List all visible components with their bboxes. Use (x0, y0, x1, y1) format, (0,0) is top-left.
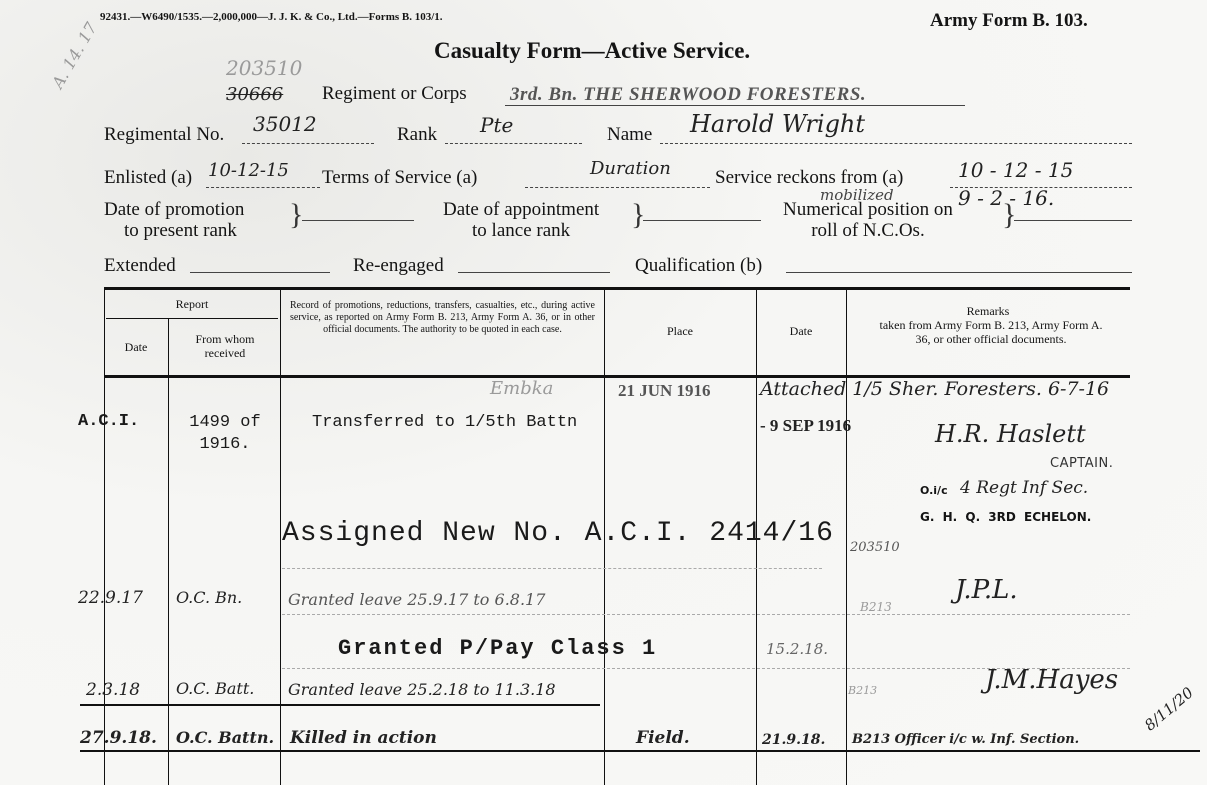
row3-from: O.C. Bn. (176, 588, 242, 607)
extended-label: Extended (104, 255, 176, 277)
promotion-label: Date of promotion to present rank (104, 199, 244, 241)
row1-date: A.C.I. (78, 412, 139, 431)
header-remarks-body: taken from Army Form B. 213, Army Form A… (876, 318, 1106, 346)
nco-label-line1: Numerical position on (783, 199, 953, 220)
service-reckons-value[interactable]: 10 - 12 - 15 (958, 158, 1073, 182)
row2-remarks: 203510 (850, 540, 900, 555)
row3-remarks: B213 (860, 600, 892, 614)
row6-date2: 21.9.18. (762, 732, 825, 748)
terms-label: Terms of Service (a) (322, 167, 477, 189)
row0-remarks: Attached 1/5 Sher. Foresters. 6-7-16 (760, 378, 1109, 400)
regimental-no-value[interactable]: 35012 (253, 112, 317, 136)
new-number-note: 203510 (226, 56, 302, 80)
regiment-value[interactable]: 3rd. Bn. THE SHERWOOD FORESTERS. (510, 84, 866, 106)
row4-date2: 15.2.18. (766, 640, 828, 658)
old-number-struck: 30666 (226, 84, 283, 105)
nco-label: Numerical position on roll of N.C.Os. (783, 199, 953, 241)
promotion-label-line2: to present rank (104, 220, 244, 241)
row6-date: 27.9.18. (80, 728, 157, 748)
regimental-no-label: Regimental No. (104, 124, 224, 146)
row1-record: Transferred to 1/5th Battn (312, 413, 577, 432)
row0-place: Embka (490, 378, 553, 399)
initials-3: 8/11/20 (1141, 684, 1197, 735)
header-date: Date (104, 340, 168, 354)
header-place: Place (604, 324, 756, 338)
row2-record: Assigned New No. A.C.I. 2414/16 (282, 518, 834, 549)
nco-label-line2: roll of N.C.Os. (783, 220, 953, 241)
header-remarks-title: Remarks (846, 304, 1130, 318)
reengaged-label: Re-engaged (353, 255, 444, 277)
form-title: Casualty Form—Active Service. (434, 38, 750, 64)
stamp-hand-note: 4 Regt Inf Sec. (960, 478, 1088, 498)
enlisted-label: Enlisted (a) (104, 167, 192, 189)
row3-record: Granted leave 25.9.17 to 6.8.17 (288, 590, 545, 609)
terms-value[interactable]: Duration (590, 158, 671, 179)
row6-record: Killed in action (290, 728, 437, 748)
row6-place: Field. (636, 728, 690, 748)
table-top-rule (104, 287, 1130, 290)
appointment-label: Date of appointment to lance rank (443, 199, 599, 241)
margin-note: A. 14. 17 (48, 19, 101, 91)
stamp-ghq: G. H. Q. 3RD ECHELON. (920, 510, 1091, 524)
row5-record: Granted leave 25.2.18 to 11.3.18 (288, 680, 556, 699)
brace-icon: } (1002, 198, 1016, 232)
regiment-label: Regiment or Corps (322, 83, 467, 105)
row5-remarks: B213 (848, 684, 877, 697)
print-line: 92431.—W6490/1535.—2,000,000—J. J. K. & … (100, 11, 443, 23)
row1-from: 1499 of 1916. (170, 412, 280, 456)
row5-from: O.C. Batt. (176, 679, 254, 698)
brace-icon: } (289, 198, 303, 232)
row1-date-stamp: - 9 SEP 1916 (760, 416, 851, 436)
captain-signature: H.R. Haslett (935, 420, 1086, 448)
row6-remarks: B213 Officer i/c w. Inf. Section. (852, 732, 1079, 747)
appointment-label-line2: to lance rank (443, 220, 599, 241)
row0-date-stamp: 21 JUN 1916 (618, 381, 711, 401)
brace-icon: } (631, 198, 645, 232)
stamp-oic: O.i/c (920, 484, 948, 497)
qualification-label: Qualification (b) (635, 255, 762, 277)
header-report: Report (104, 297, 280, 311)
appointment-label-line1: Date of appointment (443, 199, 599, 220)
row3-date: 22.9.17 (78, 588, 143, 608)
casualty-form-page: 92431.—W6490/1535.—2,000,000—J. J. K. & … (0, 0, 1207, 785)
enlisted-value[interactable]: 10-12-15 (208, 160, 289, 181)
stamp-rank: CAPTAIN. (1050, 456, 1113, 471)
name-label: Name (607, 124, 652, 146)
header-date2: Date (756, 324, 846, 338)
row4-record: Granted P/Pay Class 1 (338, 636, 657, 661)
name-value[interactable]: Harold Wright (690, 110, 865, 138)
row6-from: O.C. Battn. (176, 728, 274, 747)
header-from-whom: From whom received (170, 332, 280, 360)
header-record: Record of promotions, reductions, transf… (290, 300, 595, 336)
initials-1: J.P.L. (955, 575, 1018, 605)
rank-value[interactable]: Pte (480, 113, 513, 137)
rank-label: Rank (397, 124, 437, 146)
promotion-label-line1: Date of promotion (104, 199, 244, 220)
row5-date: 2.3.18 (86, 680, 140, 700)
form-id: Army Form B. 103. (930, 10, 1088, 32)
initials-2: J.M.Hayes (985, 665, 1118, 695)
